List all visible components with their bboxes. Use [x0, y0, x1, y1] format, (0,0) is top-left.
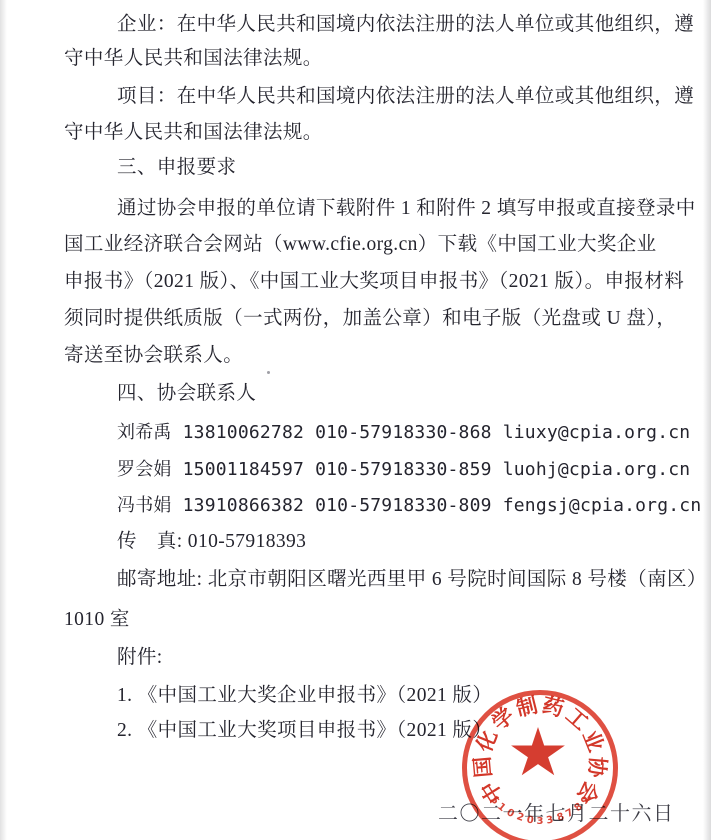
contact-row: 冯书娟 13910866382 010-57918330-809 fengsj@…	[117, 493, 701, 518]
doc-line: 须同时提供纸质版（一式两份，加盖公章）和电子版（光盘或 U 盘），	[64, 306, 676, 331]
doc-line: 国工业经济联合会网站（www.cfie.org.cn）下载《中国工业大奖企业	[64, 232, 657, 257]
scanned-document-page: 企业：在中华人民共和国境内依法注册的法人单位或其他组织，遵 守中华人民共和国法律…	[0, 0, 711, 840]
doc-line: 通过协会申报的单位请下载附件 1 和附件 2 填写申报或直接登录中	[117, 196, 696, 221]
address-line-2: 1010 室	[64, 607, 130, 632]
scan-speck	[267, 371, 270, 374]
doc-line: 申报书》（2021 版）、《中国工业大奖项目申报书》（2021 版）。申报材料	[64, 269, 684, 294]
address-line: 邮寄地址: 北京市朝阳区曙光西里甲 6 号院时间国际 8 号楼（南区）	[117, 567, 707, 592]
attachment-item: 2. 《中国工业大奖项目申报书》（2021 版）	[117, 718, 492, 743]
scan-edge-artifact-right	[703, 0, 711, 840]
doc-heading-3: 三、申报要求	[117, 155, 236, 180]
attachment-item: 1. 《中国工业大奖企业申报书》（2021 版）	[117, 683, 492, 708]
official-seal: 中 国 化 学 制 药 工 业 协 会 5 1 0 2 0 3 3 8 7 8 …	[462, 690, 618, 840]
contact-row: 罗会娟 15001184597 010-57918330-859 luohj@c…	[117, 457, 690, 482]
seal-org-char: 国	[470, 754, 496, 780]
doc-heading-4: 四、协会联系人	[117, 381, 256, 406]
doc-line: 项目：在中华人民共和国境内依法注册的法人单位或其他组织，遵	[117, 84, 694, 109]
doc-line: 企业：在中华人民共和国境内依法注册的法人单位或其他组织，遵	[117, 12, 694, 37]
fax-line: 传 真: 010-57918393	[117, 529, 306, 554]
doc-line: 守中华人民共和国法律法规。	[64, 46, 323, 71]
scan-edge-artifact-left	[0, 0, 7, 840]
doc-line: 寄送至协会联系人。	[64, 343, 243, 368]
seal-org-char: 协	[584, 754, 610, 780]
seal-org-char: 制	[512, 692, 541, 721]
attachments-label: 附件:	[117, 645, 163, 670]
contact-row: 刘希禹 13810062782 010-57918330-868 liuxy@c…	[117, 420, 690, 445]
doc-line: 守中华人民共和国法律法规。	[64, 120, 323, 145]
